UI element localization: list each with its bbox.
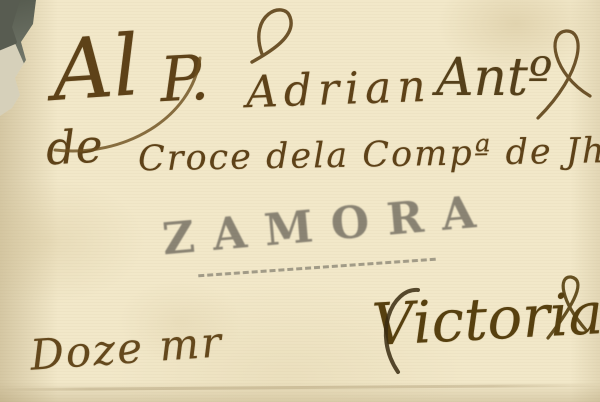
address-line2-text: Croce dela Compª de Jhs.: [138, 134, 600, 178]
address-second-name: Antº: [436, 52, 552, 104]
letter-cover-scan: Al P. Adrian Antº de Croce dela Compª de…: [0, 0, 600, 402]
address-line2-de: de: [45, 123, 104, 172]
address-monogram: Al: [49, 23, 142, 113]
destination-name: Victoria: [371, 284, 600, 354]
address-first-name: Adrian: [245, 65, 432, 115]
address-padre-abbrev: P.: [158, 47, 210, 111]
